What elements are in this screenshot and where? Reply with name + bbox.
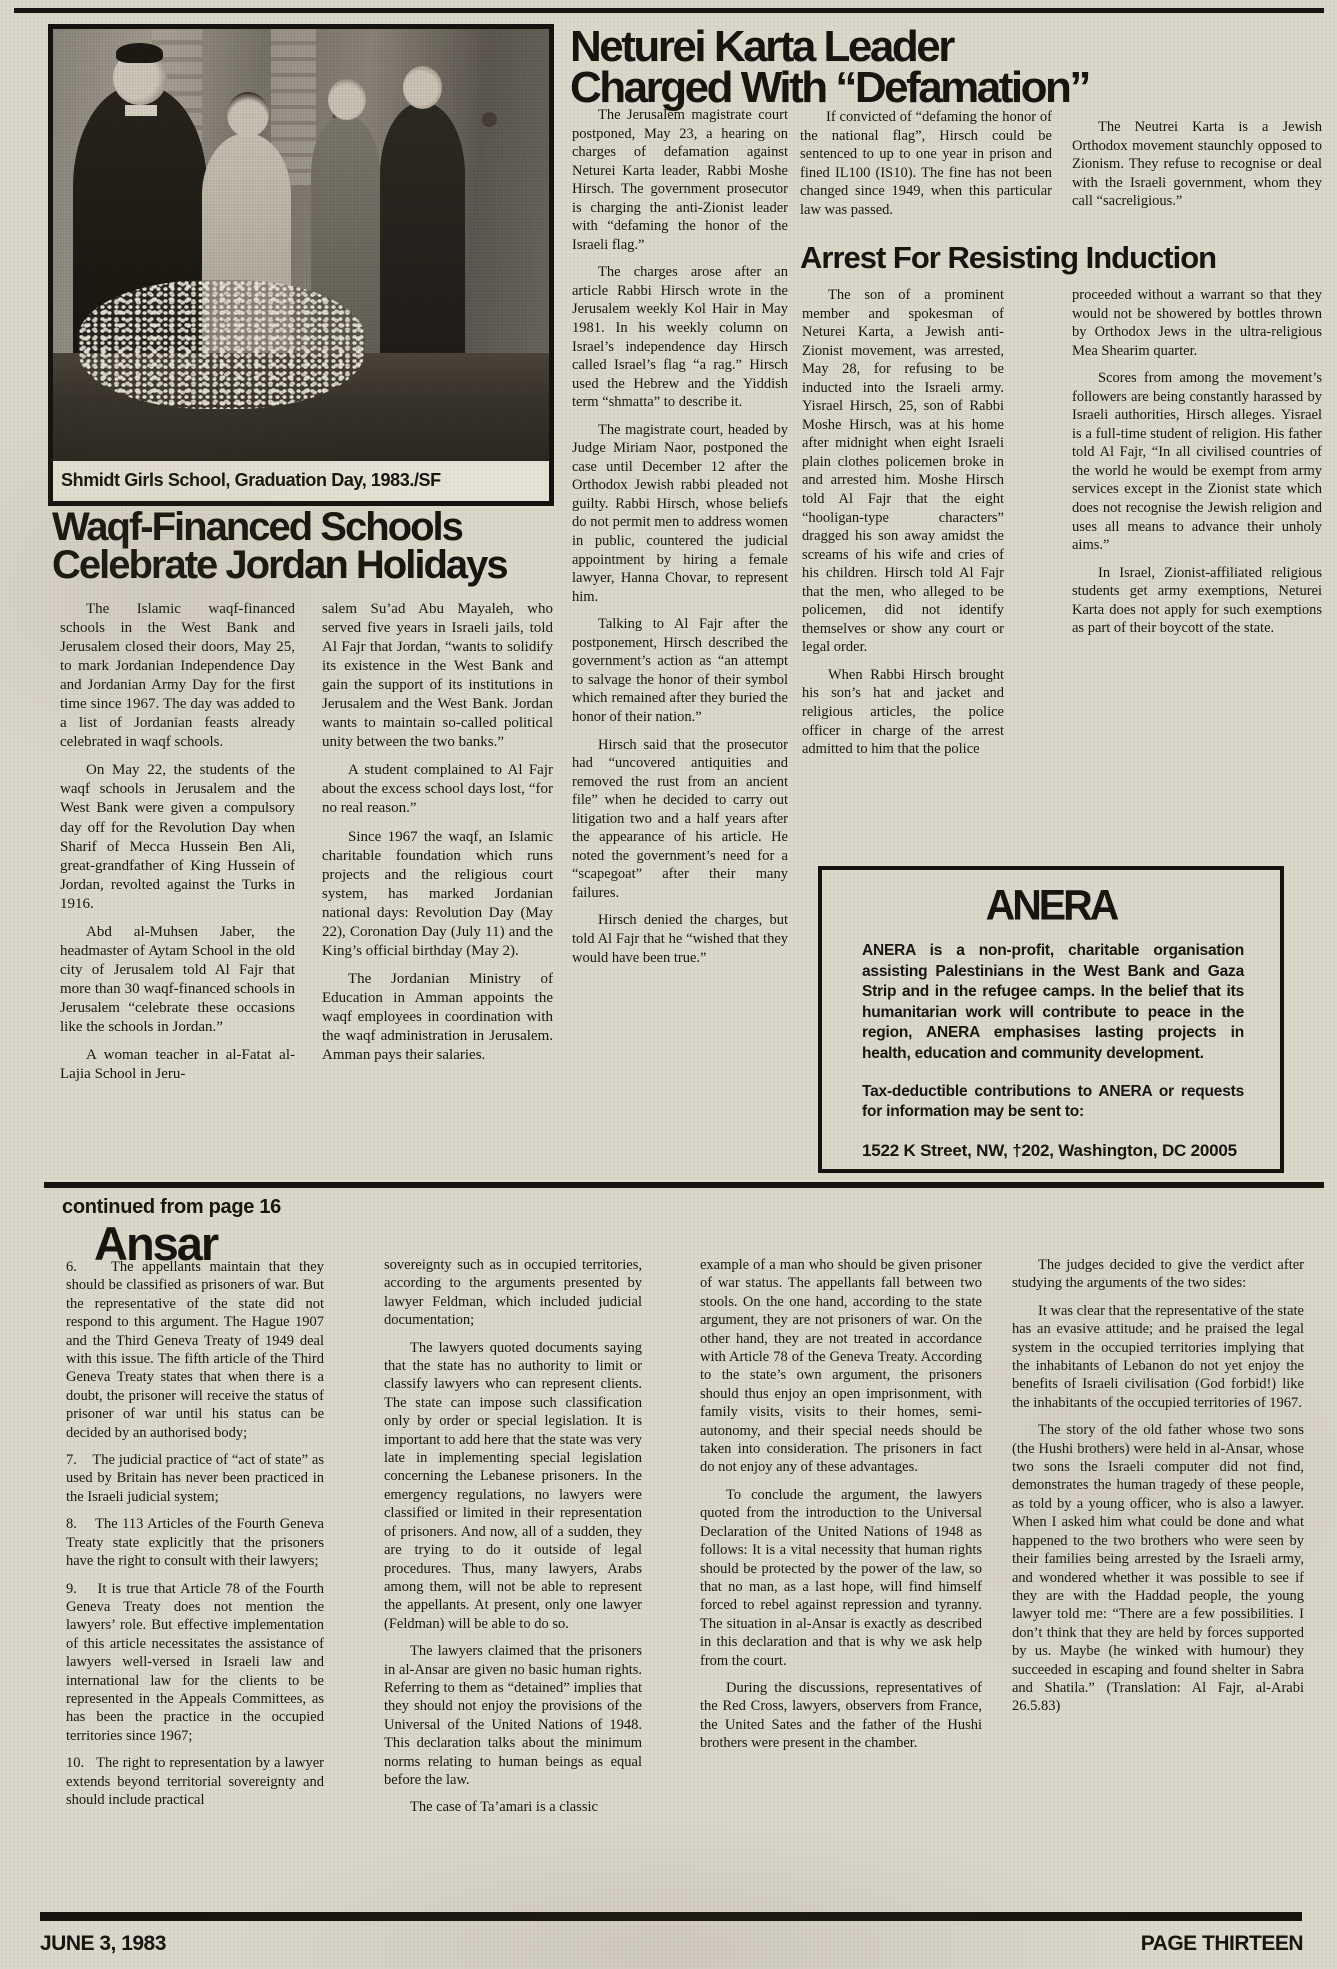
paragraph: The son of a prominent member and spokes… <box>802 286 1004 657</box>
top-rule <box>14 8 1324 13</box>
headline-line: Charged With “Defamation” <box>570 67 1170 108</box>
paragraph: The Jerusalem magistrate court postponed… <box>572 106 788 254</box>
paragraph: The lawyers quoted documents saying that… <box>384 1339 642 1634</box>
paragraph: example of a man who should be given pri… <box>700 1256 982 1477</box>
photo-halftone-grain <box>53 29 549 461</box>
paragraph: A woman teacher in al-Fatat al-Lajia Sch… <box>60 1046 295 1084</box>
ansar-column-4: The judges decided to give the verdict a… <box>1012 1256 1304 1725</box>
paragraph: The Islamic waqf-financed schools in the… <box>60 600 295 752</box>
headline-line: Waqf-Financed Schools <box>52 508 560 546</box>
anera-contribution-text: Tax-deductible contributions to ANERA or… <box>862 1082 1244 1123</box>
footer-date: JUNE 3, 1983 <box>40 1932 166 1956</box>
ansar-column-1: 6. The appellants maintain that they sho… <box>66 1258 324 1818</box>
anera-ad: ANERA ANERA is a non-profit, charitable … <box>818 866 1284 1173</box>
neturei-column-2: If convicted of “defaming the honor of t… <box>800 108 1052 228</box>
paragraph: A student complained to Al Fajr about th… <box>322 761 553 818</box>
anera-address: 1522 K Street, NW, †202, Washington, DC … <box>862 1141 1244 1161</box>
graduation-photo <box>53 29 549 461</box>
paragraph: On May 22, the students of the waqf scho… <box>60 761 295 913</box>
neturei-column-3: The Neutrei Karta is a Jewish Orthodox m… <box>1072 118 1322 220</box>
paragraph: 10. The right to representation by a law… <box>66 1754 324 1809</box>
paragraph: The case of Ta’amari is a classic <box>384 1798 642 1816</box>
anera-logo: ANERA <box>822 881 1280 930</box>
arrest-column-2: proceeded without a warrant so that they… <box>1072 286 1322 647</box>
paragraph: The Jordanian Ministry of Education in A… <box>322 970 553 1065</box>
waqf-column-1: The Islamic waqf-financed schools in the… <box>60 600 295 1093</box>
paragraph: The story of the old father whose two so… <box>1012 1421 1304 1716</box>
paragraph: If convicted of “defaming the honor of t… <box>800 108 1052 219</box>
neturei-column-1: The Jerusalem magistrate court postponed… <box>572 106 788 976</box>
paragraph: Abd al-Muhsen Jaber, the headmaster of A… <box>60 923 295 1037</box>
paragraph: The Neutrei Karta is a Jewish Orthodox m… <box>1072 118 1322 211</box>
paragraph: Hirsch said that the prosecutor had “unc… <box>572 736 788 903</box>
paragraph: proceeded without a warrant so that they… <box>1072 286 1322 360</box>
photo-caption: Shmidt Girls School, Graduation Day, 198… <box>53 461 549 501</box>
paragraph: sovereignty such as in occupied territor… <box>384 1256 642 1330</box>
paragraph: The judges decided to give the verdict a… <box>1012 1256 1304 1293</box>
paragraph: Hirsch denied the charges, but told Al F… <box>572 911 788 967</box>
arrest-headline: Arrest For Resisting Induction <box>800 240 1330 276</box>
footer-page-number: PAGE THIRTEEN <box>1141 1932 1303 1956</box>
paragraph: Talking to Al Fajr after the postponemen… <box>572 615 788 726</box>
waqf-headline: Waqf-Financed Schools Celebrate Jordan H… <box>52 508 560 585</box>
paragraph: 9. It is true that Article 78 of the Fou… <box>66 1580 324 1746</box>
paragraph: The magistrate court, headed by Judge Mi… <box>572 421 788 606</box>
paragraph: It was clear that the representative of … <box>1012 1302 1304 1412</box>
newspaper-page: Shmidt Girls School, Graduation Day, 198… <box>0 0 1337 1969</box>
waqf-column-2: salem Su’ad Abu Mayaleh, who served five… <box>322 600 553 1074</box>
photo-frame: Shmidt Girls School, Graduation Day, 198… <box>48 24 554 506</box>
paragraph: salem Su’ad Abu Mayaleh, who served five… <box>322 600 553 752</box>
paragraph: During the discussions, representatives … <box>700 1679 982 1753</box>
paragraph: 7. The judicial practice of “act of stat… <box>66 1451 324 1506</box>
paragraph: Since 1967 the waqf, an Islamic charitab… <box>322 828 553 961</box>
ansar-column-3: example of a man who should be given pri… <box>700 1256 982 1762</box>
paragraph: 6. The appellants maintain that they sho… <box>66 1258 324 1442</box>
headline-line: Celebrate Jordan Holidays <box>52 546 560 584</box>
paragraph: To conclude the argument, the lawyers qu… <box>700 1486 982 1670</box>
paragraph: In Israel, Zionist-affiliated religious … <box>1072 564 1322 638</box>
anera-body-text: ANERA is a non-profit, charitable organi… <box>862 941 1244 1065</box>
neturei-headline: Neturei Karta Leader Charged With “Defam… <box>570 26 1170 109</box>
ansar-column-2: sovereignty such as in occupied territor… <box>384 1256 642 1826</box>
paragraph: Scores from among the movement’s followe… <box>1072 369 1322 554</box>
paragraph: When Rabbi Hirsch brought his son’s hat … <box>802 666 1004 759</box>
arrest-column-1: The son of a prominent member and spokes… <box>802 286 1004 768</box>
paragraph: The charges arose after an article Rabbi… <box>572 263 788 411</box>
paragraph: 8. The 113 Articles of the Fourth Geneva… <box>66 1515 324 1570</box>
section-divider-rule <box>44 1182 1324 1188</box>
headline-line: Neturei Karta Leader <box>570 26 1170 67</box>
paragraph: The lawyers claimed that the prisoners i… <box>384 1642 642 1789</box>
footer-rule <box>40 1912 1302 1921</box>
